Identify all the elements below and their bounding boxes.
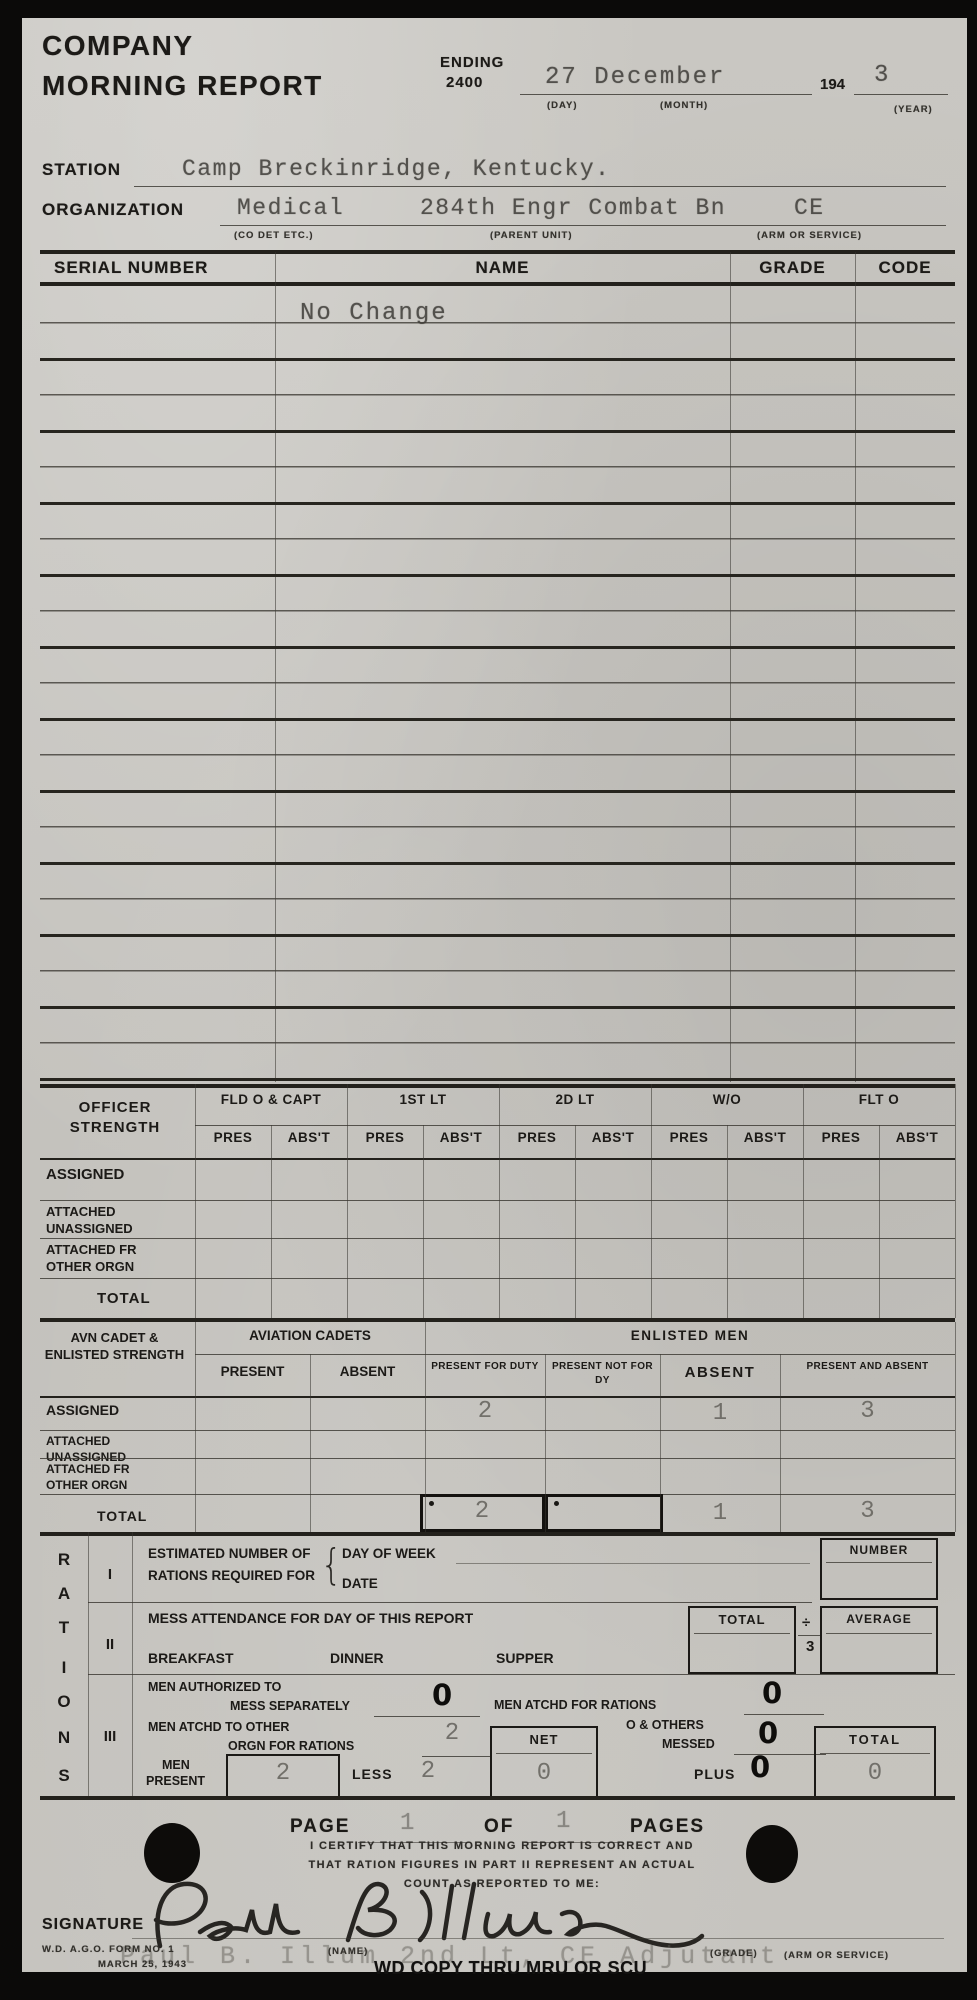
form-title-line1: COMPANY bbox=[42, 30, 194, 62]
organization-arm: CE bbox=[794, 195, 825, 221]
box-inner-line bbox=[694, 1633, 790, 1634]
enlisted-row-assigned: ASSIGNED bbox=[46, 1402, 119, 1418]
organization-parent-unit: 284th Engr Combat Bn bbox=[420, 195, 726, 221]
rations-side-letter: S bbox=[40, 1766, 88, 1786]
signature-line bbox=[132, 1938, 944, 1939]
less-label: LESS bbox=[352, 1766, 393, 1782]
divider-line bbox=[40, 1796, 955, 1800]
brace-glyph: { bbox=[321, 1540, 342, 1589]
divisor: 3 bbox=[806, 1638, 814, 1655]
form-title-line2: MORNING REPORT bbox=[42, 70, 323, 102]
atchd-rations-label: MEN ATCHD FOR RATIONS bbox=[494, 1698, 656, 1712]
hole-punch-right bbox=[746, 1825, 798, 1883]
enlisted-group-cadets: AVIATION CADETS bbox=[195, 1328, 425, 1343]
officer-group-label: FLT O bbox=[803, 1092, 955, 1107]
name-label: (NAME) bbox=[328, 1946, 368, 1957]
rations-side-letter: O bbox=[40, 1692, 88, 1712]
officer-mid-vline bbox=[727, 1125, 728, 1318]
men-authorized-line1: MEN AUTHORIZED TO bbox=[148, 1680, 281, 1694]
divider-line bbox=[40, 1158, 955, 1160]
day-of-week-line bbox=[456, 1563, 810, 1564]
average-box-label: AVERAGE bbox=[822, 1612, 936, 1626]
rations-total-box: TOTAL 0 bbox=[814, 1726, 936, 1798]
net-value: 0 bbox=[492, 1760, 596, 1787]
men-line2: PRESENT bbox=[146, 1774, 205, 1788]
others-line2: MESSED bbox=[662, 1737, 715, 1751]
enlisted-col-vline bbox=[310, 1354, 311, 1532]
others-line1: O & OTHERS bbox=[626, 1718, 704, 1732]
roster-col-name: NAME bbox=[275, 258, 730, 278]
net-box: NET 0 bbox=[490, 1726, 598, 1798]
divider-line bbox=[40, 1238, 955, 1239]
rations-total-value: 0 bbox=[816, 1760, 934, 1787]
dinner-label: DINNER bbox=[330, 1650, 384, 1666]
divider-line bbox=[40, 250, 955, 254]
officer-mid-vline bbox=[879, 1125, 880, 1318]
asterisk-mark bbox=[554, 1501, 559, 1506]
net-box-label: NET bbox=[492, 1732, 596, 1747]
enlisted-row-attached-unassigned: ATTACHED UNASSIGNED bbox=[46, 1434, 166, 1465]
divider-line bbox=[88, 1674, 955, 1675]
arm-service-label: (ARM OR SERVICE) bbox=[784, 1950, 889, 1961]
value-underline bbox=[734, 1754, 826, 1755]
officer-row-attached-fr: ATTACHED FR OTHER ORGN bbox=[46, 1242, 166, 1276]
enlisted-group-enlisted: ENLISTED MEN bbox=[425, 1328, 955, 1343]
year-prefix: 194 bbox=[820, 76, 845, 93]
box-inner-line bbox=[820, 1753, 930, 1754]
officer-abst-label: ABS'T bbox=[879, 1130, 955, 1145]
officer-pres-label: PRES bbox=[803, 1130, 879, 1145]
divider-line bbox=[40, 1200, 955, 1201]
station-label: STATION bbox=[42, 160, 121, 180]
organization-unit: Medical bbox=[237, 195, 344, 221]
value-underline bbox=[744, 1714, 824, 1715]
rations-side-letter: A bbox=[40, 1584, 88, 1604]
rations-side-letter: N bbox=[40, 1728, 88, 1748]
plus-label: PLUS bbox=[694, 1766, 735, 1782]
divide-line bbox=[798, 1635, 820, 1636]
divider-line bbox=[40, 1430, 955, 1431]
mess-total-box: TOTAL bbox=[688, 1606, 796, 1674]
divide-sign: ÷ bbox=[802, 1614, 810, 1631]
form-date: MARCH 25, 1943 bbox=[98, 1959, 187, 1970]
rations-side-letter: T bbox=[40, 1618, 88, 1638]
atchd-other-line1: MEN ATCHD TO OTHER bbox=[148, 1720, 289, 1734]
enlisted-group-vline bbox=[195, 1322, 196, 1532]
officer-pres-label: PRES bbox=[651, 1130, 727, 1145]
page-label: PAGE bbox=[290, 1816, 350, 1838]
divider-line bbox=[40, 282, 955, 286]
officer-abst-label: ABS'T bbox=[575, 1130, 651, 1145]
org-sub-label-co: (CO DET ETC.) bbox=[234, 230, 314, 241]
officer-group-label: 2D LT bbox=[499, 1092, 651, 1107]
signature-label: SIGNATURE bbox=[42, 1916, 144, 1934]
divider-line bbox=[40, 1532, 955, 1536]
men-authorized-line2: MESS SEPARATELY bbox=[230, 1699, 350, 1713]
enlisted-title: AVN CADET & ENLISTED STRENGTH bbox=[42, 1330, 187, 1364]
total-absent: 1 bbox=[660, 1500, 780, 1527]
officer-group-vline bbox=[195, 1084, 196, 1318]
officer-group-label: 1ST LT bbox=[347, 1092, 499, 1107]
supper-label: SUPPER bbox=[496, 1650, 554, 1666]
roster-col-serial: SERIAL NUMBER bbox=[54, 258, 208, 278]
officer-group-label: W/O bbox=[651, 1092, 803, 1107]
enlisted-col-label: PRESENT NOT FOR DY bbox=[545, 1360, 660, 1387]
atchd-other-line2: ORGN FOR RATIONS bbox=[228, 1739, 354, 1753]
rations-vline-2 bbox=[132, 1532, 133, 1796]
rations-side-letter: I bbox=[40, 1658, 88, 1678]
officer-mid-vline bbox=[271, 1125, 272, 1318]
atchd-other-value: 2 bbox=[422, 1720, 482, 1747]
enlisted-group-vline bbox=[955, 1322, 956, 1532]
enlisted-col-label: ABSENT bbox=[310, 1364, 425, 1379]
day-of-week-label: DAY OF WEEK bbox=[342, 1546, 436, 1561]
officer-mid-vline bbox=[423, 1125, 424, 1318]
number-box-label: NUMBER bbox=[822, 1543, 936, 1557]
station-underline bbox=[134, 186, 946, 187]
station-value: Camp Breckinridge, Kentucky. bbox=[182, 156, 610, 182]
box-inner-line bbox=[826, 1633, 932, 1634]
page-value: 1 bbox=[400, 1810, 416, 1837]
total-present-not-for-dy-box bbox=[545, 1494, 663, 1532]
date-underline bbox=[520, 94, 812, 95]
copy-note: WD COPY THRU MRU OR SCU bbox=[374, 1958, 647, 1979]
divider-line bbox=[195, 1354, 955, 1355]
auth-value-stamp: 0 bbox=[432, 1678, 452, 1712]
of-label: OF bbox=[484, 1816, 514, 1838]
officer-abst-label: ABS'T bbox=[423, 1130, 499, 1145]
roster-col-grade: GRADE bbox=[730, 258, 855, 278]
officer-group-vline bbox=[651, 1084, 652, 1318]
officer-mid-vline bbox=[575, 1125, 576, 1318]
date-label: DATE bbox=[342, 1576, 378, 1591]
day-label: (DAY) bbox=[547, 100, 578, 111]
number-box: NUMBER bbox=[820, 1538, 938, 1600]
org-sub-label-parent: (PARENT UNIT) bbox=[490, 230, 572, 241]
divider-line bbox=[40, 1318, 955, 1322]
officer-pres-label: PRES bbox=[195, 1130, 271, 1145]
enlisted-col-vline bbox=[545, 1354, 546, 1532]
enlisted-col-label: PRESENT AND ABSENT bbox=[780, 1360, 955, 1374]
rations-total-box-label: TOTAL bbox=[816, 1732, 934, 1747]
officer-pres-label: PRES bbox=[499, 1130, 575, 1145]
officer-pres-label: PRES bbox=[347, 1130, 423, 1145]
org-sub-label-arm: (ARM OR SERVICE) bbox=[757, 230, 862, 241]
grade-label: (GRADE) bbox=[710, 1948, 758, 1959]
total-present-and-absent: 3 bbox=[780, 1498, 955, 1525]
enlisted-row-total: TOTAL bbox=[97, 1508, 147, 1524]
report-date-value: 27 December bbox=[545, 64, 725, 91]
rations-part2-numeral: II bbox=[88, 1636, 132, 1653]
enlisted-group-vline bbox=[425, 1322, 426, 1532]
men-line1: MEN bbox=[162, 1758, 190, 1772]
officer-row-assigned: ASSIGNED bbox=[46, 1166, 124, 1183]
enlisted-row-attached-fr: ATTACHED FR OTHER ORGN bbox=[46, 1462, 166, 1493]
others-value-stamp: 0 bbox=[758, 1716, 778, 1750]
divider-line bbox=[40, 1278, 955, 1279]
divider-line bbox=[40, 1084, 955, 1088]
form-number: W.D. A.G.O. FORM NO. 1 bbox=[42, 1944, 174, 1955]
officer-group-vline bbox=[347, 1084, 348, 1318]
officer-row-total: TOTAL bbox=[97, 1290, 151, 1307]
divider-line bbox=[88, 1602, 812, 1603]
form-paper: COMPANY MORNING REPORT ENDING 2400 27 De… bbox=[22, 18, 967, 1972]
rations-part1-numeral: I bbox=[88, 1566, 132, 1583]
roster-col-code: CODE bbox=[855, 258, 955, 278]
box-inner-line bbox=[826, 1562, 932, 1563]
assigned-present-for-duty: 2 bbox=[425, 1398, 545, 1425]
divider-line bbox=[40, 1458, 955, 1459]
month-label: (MONTH) bbox=[660, 100, 708, 111]
men-present-box: 2 bbox=[226, 1754, 340, 1798]
men-present-value: 2 bbox=[228, 1760, 338, 1787]
plus-value-stamp: 0 bbox=[750, 1750, 770, 1784]
year-label: (YEAR) bbox=[894, 104, 933, 115]
pages-value: 1 bbox=[556, 1808, 572, 1835]
enlisted-col-label: PRESENT FOR DUTY bbox=[425, 1360, 545, 1374]
pages-label: PAGES bbox=[630, 1816, 705, 1838]
enlisted-col-vline bbox=[780, 1354, 781, 1532]
officer-abst-label: ABS'T bbox=[727, 1130, 803, 1145]
average-box: AVERAGE bbox=[820, 1606, 938, 1674]
rations-part3-numeral: III bbox=[88, 1728, 132, 1745]
est-rations-line1: ESTIMATED NUMBER OF bbox=[148, 1546, 311, 1561]
organization-label: ORGANIZATION bbox=[42, 200, 184, 220]
assigned-present-and-absent: 3 bbox=[780, 1398, 955, 1425]
officer-abst-label: ABS'T bbox=[271, 1130, 347, 1145]
breakfast-label: BREAKFAST bbox=[148, 1650, 234, 1666]
enlisted-col-label: PRESENT bbox=[195, 1364, 310, 1379]
enlisted-col-label: ABSENT bbox=[660, 1364, 780, 1381]
officer-strength-title: OFFICER STRENGTH bbox=[50, 1098, 180, 1137]
ending-label: ENDING bbox=[440, 54, 504, 71]
roster-ruled-lines bbox=[40, 322, 955, 1082]
officer-group-vline bbox=[955, 1084, 956, 1318]
officer-group-label: FLD O & CAPT bbox=[195, 1092, 347, 1107]
mess-attendance-title: MESS ATTENDANCE FOR DAY OF THIS REPORT bbox=[148, 1610, 473, 1626]
total-present-for-duty: 2 bbox=[420, 1498, 544, 1525]
officer-group-vline bbox=[499, 1084, 500, 1318]
value-underline bbox=[374, 1716, 480, 1717]
box-inner-line bbox=[496, 1753, 592, 1754]
officer-group-vline bbox=[803, 1084, 804, 1318]
year-underline bbox=[854, 94, 948, 95]
ending-time: 2400 bbox=[446, 74, 483, 91]
officer-row-attached-unassigned: ATTACHED UNASSIGNED bbox=[46, 1204, 166, 1238]
enlisted-col-vline bbox=[660, 1354, 661, 1532]
rations-side-letter: R bbox=[40, 1550, 88, 1570]
atchd-rations-value-stamp: 0 bbox=[762, 1676, 782, 1710]
cert-line1: I CERTIFY THAT THIS MORNING REPORT IS CO… bbox=[222, 1840, 782, 1852]
assigned-absent: 1 bbox=[660, 1400, 780, 1427]
less-value: 2 bbox=[408, 1758, 448, 1785]
year-value: 3 bbox=[874, 62, 890, 89]
organization-underline bbox=[220, 225, 946, 226]
est-rations-line2: RATIONS REQUIRED FOR bbox=[148, 1568, 315, 1583]
mess-total-box-label: TOTAL bbox=[690, 1612, 794, 1627]
